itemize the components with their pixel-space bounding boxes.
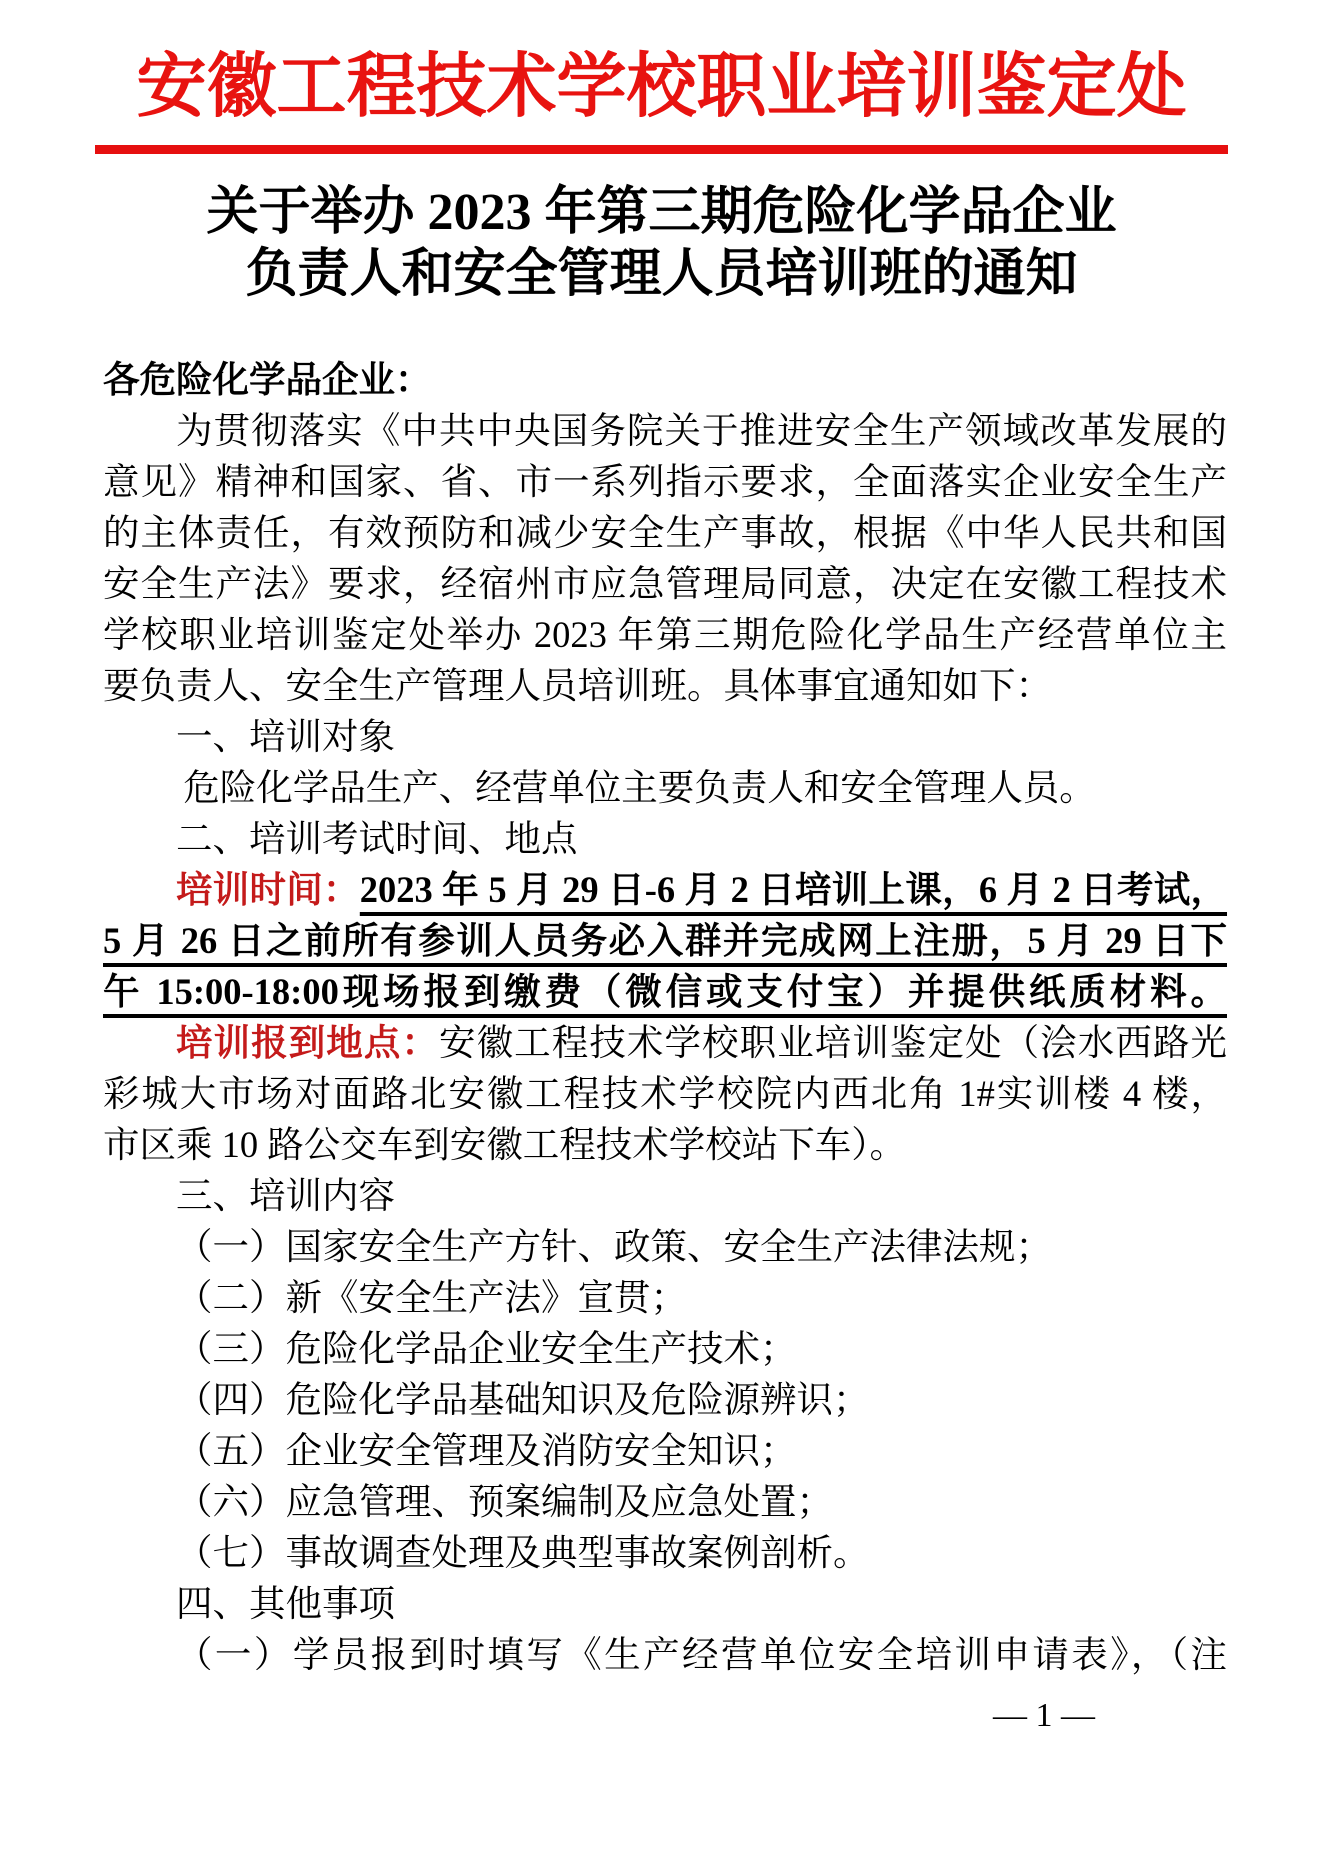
body-line: 三、培训内容 [103,1170,1227,1221]
doc-title: 关于举办 2023 年第三期危险化学品企业 负责人和安全管理人员培训班的通知 [0,182,1323,306]
red-label: 培训时间： [176,869,360,910]
body-line: 危险化学品生产、经营单位主要负责人和安全管理人员。 [103,762,1227,813]
text-segment: （五）企业安全管理及消防安全知识； [176,1430,797,1471]
text-segment: 安全生产法》要求，经宿州市应急管理局同意，决定在安徽工程技术 [103,563,1227,604]
page-number: — 1 — [0,1696,1323,1736]
text-segment: 为贯彻落实《中共中央国务院关于推进安全生产领域改革发展的 [176,410,1227,451]
body-line: 要负责人、安全生产管理人员培训班。具体事宜通知如下： [103,660,1227,711]
body-line: 一、培训对象 [103,711,1227,762]
body-line: 5 月 26 日之前所有参训人员务必入群并完成网上注册，5 月 29 日下 [103,915,1227,966]
text-segment: 的主体责任，有效预防和减少安全生产事故，根据《中华人民共和国 [103,512,1227,553]
text-segment: （六）应急管理、预案编制及应急处置； [176,1481,833,1522]
document-page: 安徽工程技术学校职业培训鉴定处 关于举办 2023 年第三期危险化学品企业 负责… [0,0,1323,1871]
body-line: 市区乘 10 路公交车到安徽工程技术学校站下车）。 [103,1119,1227,1170]
text-segment: （七）事故调查处理及典型事故案例剖析。 [176,1532,870,1573]
salutation: 各危险化学品企业： [103,354,1227,405]
text-segment: 意见》精神和国家、省、市一系列指示要求，全面落实企业安全生产 [103,461,1227,502]
text-segment: （一）国家安全生产方针、政策、安全生产法律法规； [176,1226,1052,1267]
text-segment: 午 15:00-18:00现场报到缴费（微信或支付宝）并提供纸质材料。 [103,971,1227,1012]
body-line: 二、培训考试时间、地点 [103,813,1227,864]
text-segment: 2023 年 5 月 29 日-6 月 2 日培训上课，6 月 2 日考试， [360,869,1227,910]
body-line: 彩城大市场对面路北安徽工程技术学校院内西北角 1#实训楼 4 楼， [103,1068,1227,1119]
text-segment: 一、培训对象 [176,716,395,757]
body-line: （一）学员报到时填写《生产经营单位安全培训申请表》，（注 [103,1629,1227,1680]
text-segment: 要负责人、安全生产管理人员培训班。具体事宜通知如下： [103,665,1052,706]
body-line: 学校职业培训鉴定处举办 2023 年第三期危险化学品生产经营单位主 [103,609,1227,660]
red-label: 培训报到地点： [176,1022,439,1063]
body-line: 培训报到地点：安徽工程技术学校职业培训鉴定处（浍水西路光 [103,1017,1227,1068]
text-segment: （二）新《安全生产法》宣贯； [176,1277,687,1318]
body-line: （五）企业安全管理及消防安全知识； [103,1425,1227,1476]
body-line: 午 15:00-18:00现场报到缴费（微信或支付宝）并提供纸质材料。 [103,966,1227,1017]
text-segment: （三）危险化学品企业安全生产技术； [176,1328,797,1369]
text-segment: （一）学员报到时填写《生产经营单位安全培训申请表》，（注 [176,1634,1227,1675]
body-lines: 为贯彻落实《中共中央国务院关于推进安全生产领域改革发展的意见》精神和国家、省、市… [103,405,1227,1680]
body-line: （六）应急管理、预案编制及应急处置； [103,1476,1227,1527]
text-segment: 二、培训考试时间、地点 [176,818,578,859]
text-segment: 学校职业培训鉴定处举办 2023 年第三期危险化学品生产经营单位主 [103,614,1227,655]
text-segment: 安徽工程技术学校职业培训鉴定处（浍水西路光 [439,1022,1227,1063]
body-line: 意见》精神和国家、省、市一系列指示要求，全面落实企业安全生产 [103,456,1227,507]
body-line: 的主体责任，有效预防和减少安全生产事故，根据《中华人民共和国 [103,507,1227,558]
body-line: 四、其他事项 [103,1578,1227,1629]
text-segment: 四、其他事项 [176,1583,395,1624]
doc-title-line-1: 关于举办 2023 年第三期危险化学品企业 [0,182,1323,244]
text-segment: 三、培训内容 [176,1175,395,1216]
text-segment: 5 月 26 日之前所有参训人员务必入群并完成网上注册，5 月 29 日下 [103,920,1227,961]
body-line: 安全生产法》要求，经宿州市应急管理局同意，决定在安徽工程技术 [103,558,1227,609]
body-line: （四）危险化学品基础知识及危险源辨识； [103,1374,1227,1425]
doc-title-line-2: 负责人和安全管理人员培训班的通知 [0,244,1323,306]
body-line: 培训时间：2023 年 5 月 29 日-6 月 2 日培训上课，6 月 2 日… [103,864,1227,915]
letterhead-org-name: 安徽工程技术学校职业培训鉴定处 [0,48,1323,129]
text-segment: 彩城大市场对面路北安徽工程技术学校院内西北角 1#实训楼 4 楼， [103,1073,1227,1114]
body-line: （一）国家安全生产方针、政策、安全生产法律法规； [103,1221,1227,1272]
letterhead: 安徽工程技术学校职业培训鉴定处 [0,0,1323,129]
body-line: （二）新《安全生产法》宣贯； [103,1272,1227,1323]
doc-body: 各危险化学品企业： 为贯彻落实《中共中央国务院关于推进安全生产领域改革发展的意见… [0,354,1323,1680]
body-line: （三）危险化学品企业安全生产技术； [103,1323,1227,1374]
body-line: 为贯彻落实《中共中央国务院关于推进安全生产领域改革发展的 [103,405,1227,456]
text-segment: 危险化学品生产、经营单位主要负责人和安全管理人员。 [183,767,1096,808]
text-segment: 市区乘 10 路公交车到安徽工程技术学校站下车）。 [103,1124,906,1165]
text-segment: （四）危险化学品基础知识及危险源辨识； [176,1379,870,1420]
body-line: （七）事故调查处理及典型事故案例剖析。 [103,1527,1227,1578]
letterhead-rule [95,145,1228,154]
